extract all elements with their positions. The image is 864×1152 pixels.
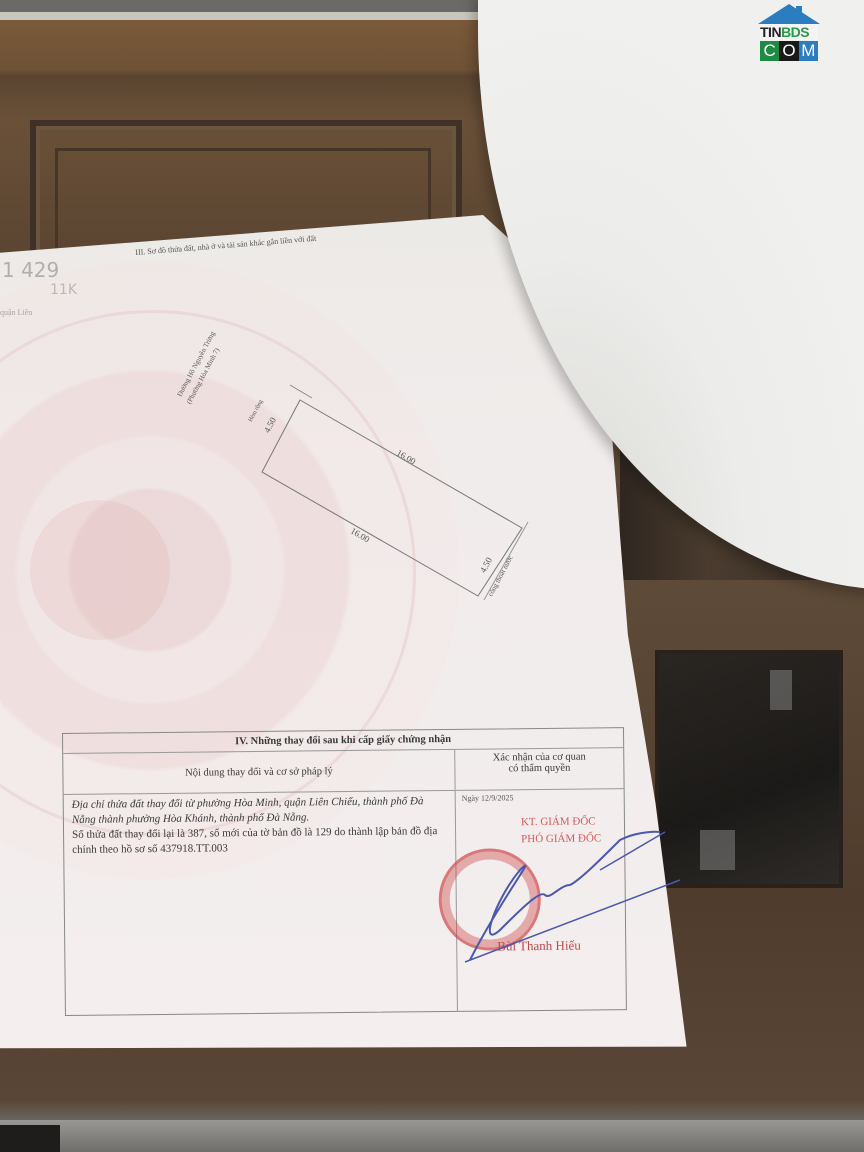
- glass-cabinet-door: [655, 650, 843, 888]
- changes-table: IV. Những thay đổi sau khi cấp giấy chứn…: [62, 727, 627, 1016]
- red-official-seal: [438, 848, 541, 951]
- tinbds-watermark-logo: TIN BDS C O M: [758, 4, 820, 64]
- emblem-star: [30, 500, 170, 640]
- house-roof-icon: [758, 4, 820, 24]
- logo-letter-c: C: [760, 41, 779, 61]
- handwritten-note: 1 429: [2, 258, 59, 282]
- handwritten-note: quận Liên: [0, 308, 32, 317]
- authority-confirmation: Ngày 12/9/2025 KT. GIÁM ĐỐC PHÓ GIÁM ĐỐC…: [456, 789, 626, 1011]
- change-paragraph-address: Địa chỉ thửa đất thay đổi từ phường Hòa …: [72, 794, 447, 828]
- official-title-line1: KT. GIÁM ĐỐC: [521, 813, 601, 831]
- glass-reflection: [700, 830, 735, 870]
- handwritten-note: 11K: [50, 282, 77, 298]
- chimney-icon: [796, 6, 802, 16]
- logo-letter-o: O: [779, 41, 798, 61]
- table-row: Địa chỉ thửa đất thay đổi từ phường Hòa …: [64, 789, 626, 1015]
- glass-reflection: [770, 670, 792, 710]
- table-header-row: Nội dung thay đổi và cơ sở pháp lý Xác n…: [63, 748, 623, 795]
- col-header-authority: Xác nhận của cơ quan có thẩm quyền: [455, 748, 623, 790]
- logo-text-tin: TIN: [760, 24, 781, 40]
- dark-object: [0, 1125, 60, 1152]
- logo-letter-m: M: [799, 41, 818, 61]
- change-paragraph-parcel: Số thửa đất thay đổi lại là 387, số mới …: [72, 824, 447, 858]
- change-content: Địa chỉ thửa đất thay đổi từ phường Hòa …: [64, 791, 458, 1015]
- table-edge: [0, 1120, 864, 1152]
- col-header-authority-line2: có thẩm quyền: [461, 762, 617, 775]
- col-header-content: Nội dung thay đổi và cơ sở pháp lý: [63, 750, 455, 794]
- logo-text-bds: BDS: [781, 24, 809, 40]
- official-title-line2: PHÓ GIÁM ĐỐC: [521, 830, 601, 848]
- photo-scene: III. Sơ đồ thửa đất, nhà ở và tài sản kh…: [0, 0, 864, 1152]
- signer-name: Bùi Thanh Hiếu: [497, 938, 581, 955]
- confirmation-date: Ngày 12/9/2025: [462, 792, 618, 803]
- official-title: KT. GIÁM ĐỐC PHÓ GIÁM ĐỐC: [521, 813, 601, 848]
- logo-text-row1: TIN BDS: [760, 24, 818, 40]
- logo-text-row2: C O M: [760, 41, 818, 61]
